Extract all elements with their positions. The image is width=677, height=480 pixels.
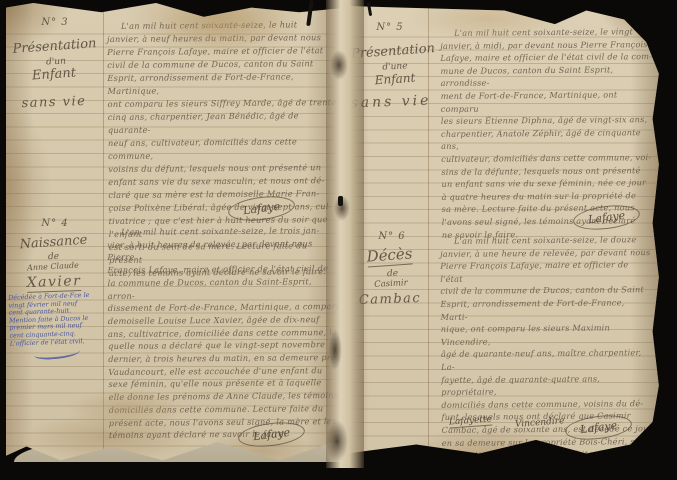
act3-number: N° 3	[24, 17, 86, 28]
binding-ink-smudge	[330, 50, 348, 80]
margin-divider-line	[103, 3, 104, 465]
binding-ink-smudge	[326, 420, 348, 462]
act3-title: Présentation	[6, 36, 104, 58]
act4-number: N° 4	[24, 218, 86, 229]
binding-gutter	[326, 0, 364, 468]
marginal-note-signature-flourish	[34, 345, 81, 360]
act4-child-surname: Xavier	[10, 272, 99, 291]
act5-number: N° 5	[359, 22, 421, 33]
act3-status-sans-vie: sans vie	[10, 93, 98, 111]
act6-number: N° 6	[361, 231, 423, 242]
binding-ink-smudge	[328, 330, 342, 370]
register-scan: N° 3 Présentation d'un Enfant sans vie L…	[0, 0, 677, 480]
act4-title: Naissance	[6, 232, 102, 254]
act4-manuscript-text: L'an mil huit cent soixante-seize, le tr…	[107, 224, 343, 442]
left-page: N° 3 Présentation d'un Enfant sans vie L…	[6, 3, 347, 465]
right-page: 2 N° 5 Présentation d'une Enfant sans vi…	[347, 6, 662, 458]
binding-thread-icon	[338, 196, 343, 206]
act4-marginal-death-note: Décédée à Fort-de-Fce le vingt février m…	[8, 291, 104, 347]
act4-child-firstnames: Anne Claude	[8, 260, 98, 274]
page-number: 2	[643, 20, 649, 31]
act6-manuscript-text: L'an mil huit cent soixante-seize, le do…	[440, 233, 654, 480]
